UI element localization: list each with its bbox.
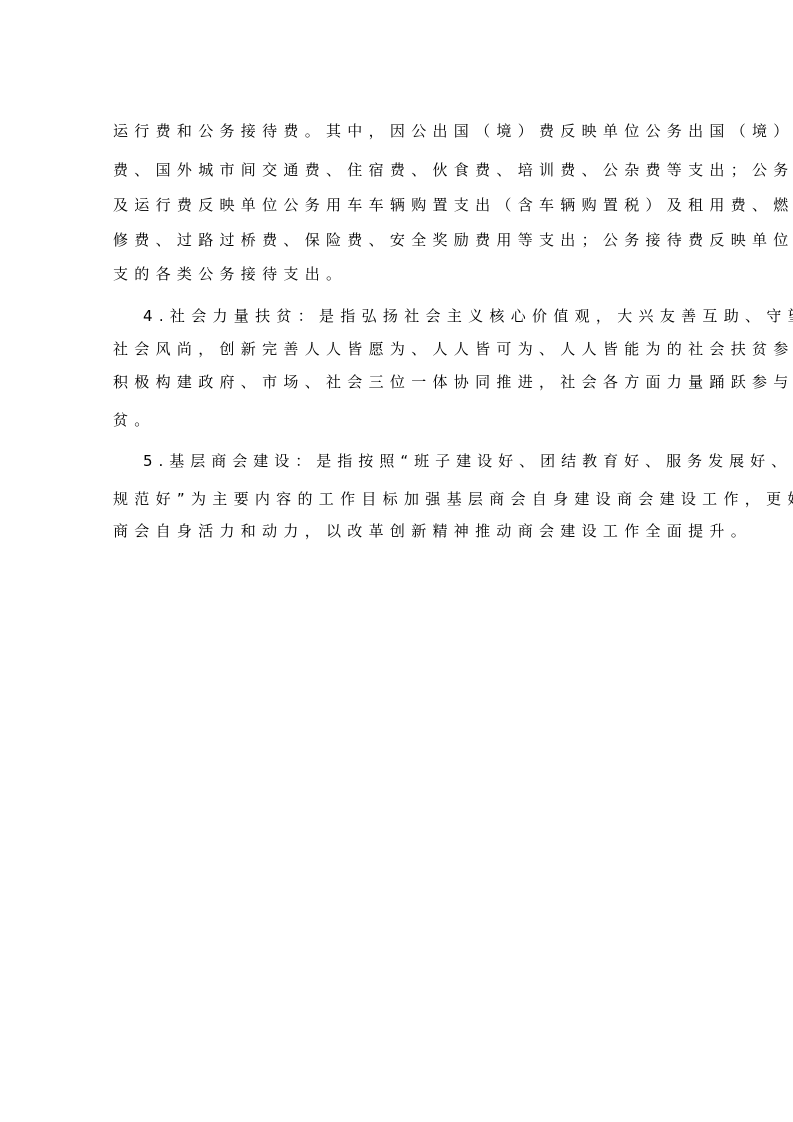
text-line: 费、国外城市间交通费、住宿费、伙食费、培训费、公杂费等支出；公务用车购置: [113, 159, 693, 181]
document-page: 运行费和公务接待费。其中，因公出国（境）费反映单位公务出国（境）的国际旅 费、国…: [0, 0, 793, 1122]
text-line: 及运行费反映单位公务用车车辆购置支出（含车辆购置税）及租用费、燃料费、维: [113, 194, 693, 216]
text-line: 4.社会力量扶贫：是指弘扬社会主义核心价值观，大兴友善互助、守望相助的: [143, 305, 693, 327]
text-line: 支的各类公务接待支出。: [113, 263, 693, 285]
text-line: 5.基层商会建设：是指按照“班子建设好、团结教育好、服务发展好、自律: [143, 450, 693, 472]
text-line: 运行费和公务接待费。其中，因公出国（境）费反映单位公务出国（境）的国际旅: [113, 120, 693, 142]
text-line: 社会风尚，创新完善人人皆愿为、人人皆可为、人人皆能为的社会扶贫参与机制，: [113, 338, 693, 360]
text-line: 贫。: [113, 409, 693, 431]
text-line: 修费、过路过桥费、保险费、安全奖励费用等支出；公务接待费反映单位按规定开: [113, 229, 693, 251]
text-line: 规范好”为主要内容的工作目标加强基层商会自身建设商会建设工作，更好地激发: [113, 488, 693, 510]
text-line: 积极构建政府、市场、社会三位一体协同推进，社会各方面力量踊跃参与的社会扶: [113, 371, 693, 393]
text-line: 商会自身活力和动力，以改革创新精神推动商会建设工作全面提升。: [113, 520, 693, 542]
